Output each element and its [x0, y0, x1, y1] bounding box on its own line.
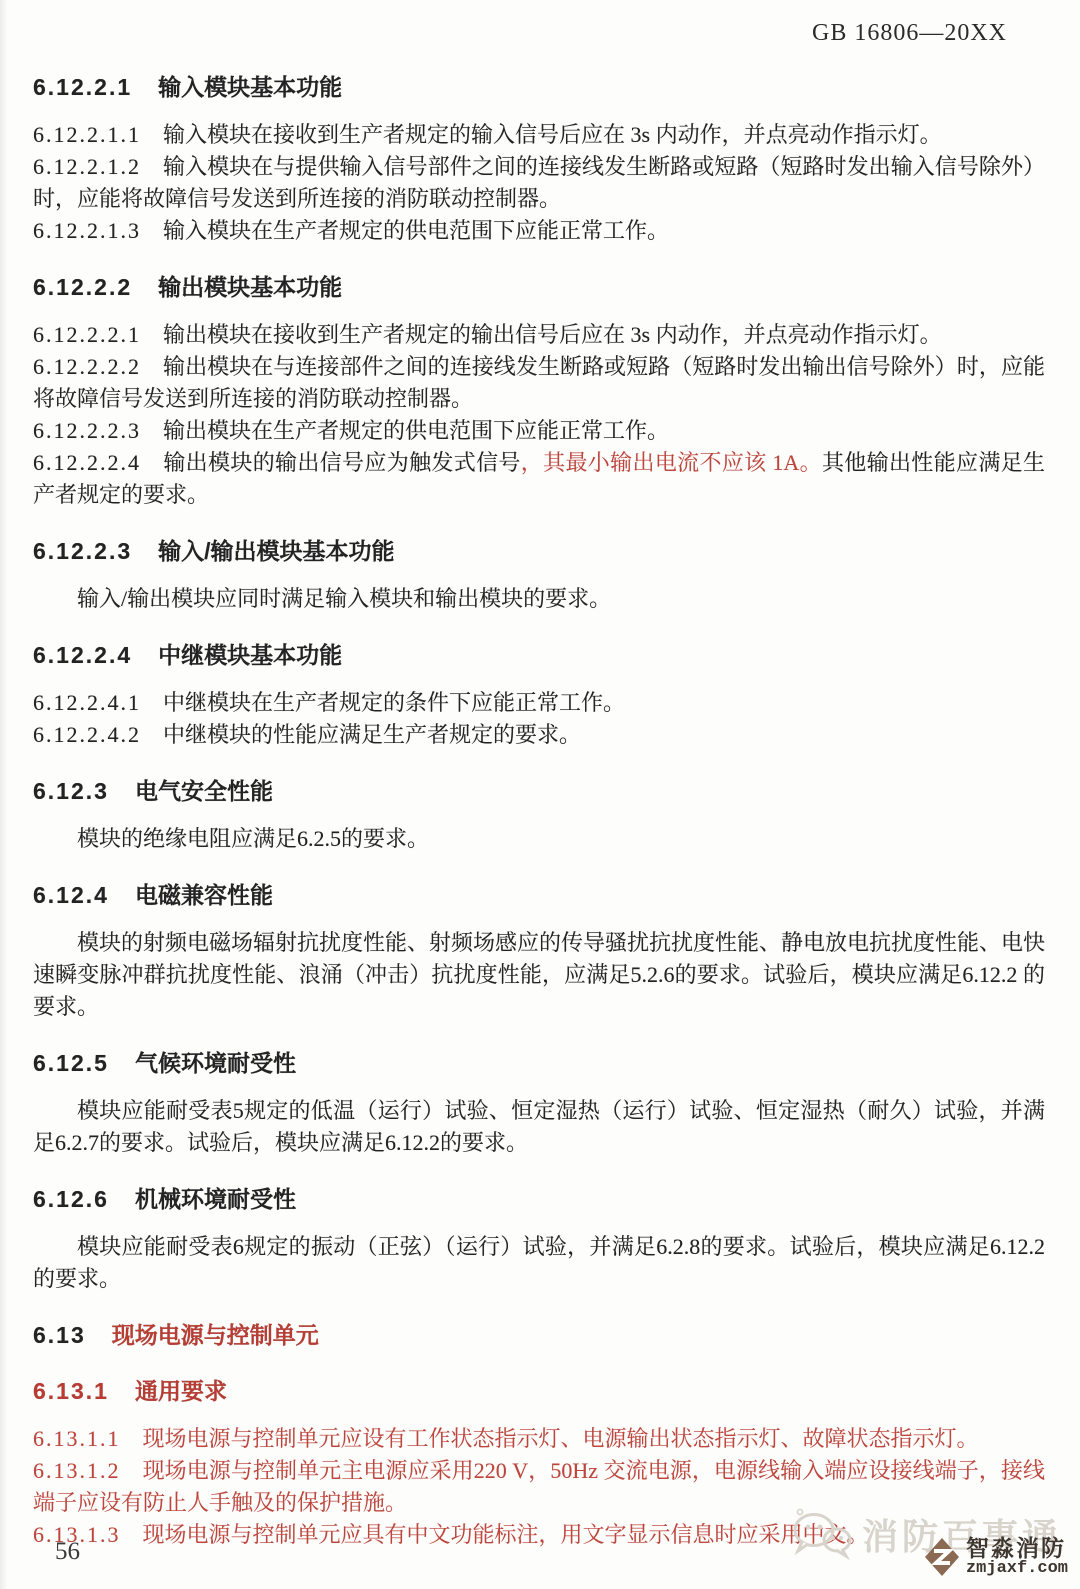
section-heading: 6.12.4电磁兼容性能 [33, 879, 1045, 911]
clause: 6.12.2.1.2输入模块在与提供输入信号部件之间的连接线发生断路或短路（短路… [33, 151, 1045, 215]
clause: 6.12.2.1.1输入模块在接收到生产者规定的输入信号后应在 3s 内动作，并… [33, 119, 1045, 151]
page-number: 56 [55, 1538, 80, 1566]
heading-title: 电气安全性能 [135, 778, 273, 804]
paragraph: 模块应能耐受表6规定的振动（正弦）（运行）试验，并满足6.2.8的要求。试验后，… [33, 1231, 1045, 1295]
document-page: GB 16806—20XX 6.12.2.1输入模块基本功能6.12.2.1.1… [0, 0, 1080, 1589]
paragraph: 模块应能耐受表5规定的低温（运行）试验、恒定湿热（运行）试验、恒定湿热（耐久）试… [33, 1095, 1045, 1159]
clause-text: 输入模块在生产者规定的供电范围下应能正常工作。 [163, 218, 669, 243]
clause: 6.12.2.2.2输出模块在与连接部件之间的连接线发生断路或短路（短路时发出输… [33, 351, 1045, 415]
watermark-site-url: zmjaxf.com [966, 1560, 1068, 1578]
heading-number: 6.12.2.4 [33, 642, 132, 668]
watermark-zhimiao-xiaofang: 智淼消防 zmjaxf.com [924, 1536, 1068, 1578]
clause-number: 6.13.1.2 [33, 1458, 121, 1483]
section-heading: 6.13现场电源与控制单元 [33, 1319, 1045, 1351]
document-body: 6.12.2.1输入模块基本功能6.12.2.1.1输入模块在接收到生产者规定的… [33, 71, 1045, 1551]
paragraph: 模块的绝缘电阻应满足6.2.5的要求。 [33, 823, 1045, 855]
zhimiao-diamond-logo-icon [924, 1537, 960, 1577]
heading-number: 6.12.6 [33, 1186, 109, 1212]
clause: 6.12.2.2.1输出模块在接收到生产者规定的输出信号后应在 3s 内动作，并… [33, 319, 1045, 351]
clause-text: 现场电源与控制单元主电源应采用220 V，50Hz 交流电源，电源线输入端应设接… [33, 1458, 1045, 1515]
clause-number: 6.12.2.4.2 [33, 722, 141, 747]
clause: 6.12.2.4.1中继模块在生产者规定的条件下应能正常工作。 [33, 687, 1045, 719]
page-header: GB 16806—20XX [33, 20, 1007, 47]
clause: 6.12.2.1.3输入模块在生产者规定的供电范围下应能正常工作。 [33, 215, 1045, 247]
heading-title: 气候环境耐受性 [135, 1050, 296, 1076]
heading-number: 6.12.3 [33, 778, 109, 804]
section-heading: 6.12.2.1输入模块基本功能 [33, 71, 1045, 103]
clause-text: 输出模块在接收到生产者规定的输出信号后应在 3s 内动作，并点亮动作指示灯。 [163, 322, 942, 347]
section-heading: 6.12.2.4中继模块基本功能 [33, 639, 1045, 671]
wechat-bubbles-icon [790, 1508, 854, 1560]
heading-title: 输入/输出模块基本功能 [158, 538, 394, 564]
section-heading: 6.13.1通用要求 [33, 1375, 1045, 1407]
clause-text: 中继模块的性能应满足生产者规定的要求。 [163, 722, 581, 747]
clause-text: 现场电源与控制单元应具有中文功能标注，用文字显示信息时应采用中文。 [143, 1522, 869, 1547]
heading-number: 6.12.4 [33, 882, 109, 908]
heading-title: 通用要求 [135, 1378, 227, 1404]
heading-number: 6.13 [33, 1322, 86, 1348]
clause: 6.12.2.4.2中继模块的性能应满足生产者规定的要求。 [33, 719, 1045, 751]
heading-title: 机械环境耐受性 [135, 1186, 296, 1212]
heading-title: 输入模块基本功能 [158, 74, 342, 100]
clause-text: ，其最小输出电流不应该 1A。 [521, 450, 822, 475]
section-heading: 6.12.5气候环境耐受性 [33, 1047, 1045, 1079]
heading-title: 现场电源与控制单元 [112, 1322, 319, 1348]
clause-text: 输出模块在与连接部件之间的连接线发生断路或短路（短路时发出输出信号除外）时，应能… [33, 354, 1045, 411]
clause-text: 输出模块的输出信号应为触发式信号 [163, 450, 521, 475]
section-heading: 6.12.6机械环境耐受性 [33, 1183, 1045, 1215]
clause-number: 6.12.2.1.3 [33, 218, 141, 243]
clause-number: 6.12.2.2.2 [33, 354, 141, 379]
heading-title: 输出模块基本功能 [158, 274, 342, 300]
watermark-brand2-text: 智淼消防 [966, 1536, 1068, 1560]
clause-number: 6.13.1.1 [33, 1426, 121, 1451]
clause-number: 6.12.2.1.1 [33, 122, 141, 147]
clause-number: 6.12.2.2.1 [33, 322, 141, 347]
clause-text: 输出模块在生产者规定的供电范围下应能正常工作。 [163, 418, 669, 443]
heading-number: 6.12.2.3 [33, 538, 132, 564]
paragraph: 模块的射频电磁场辐射抗扰度性能、射频场感应的传导骚扰抗扰度性能、静电放电抗扰度性… [33, 927, 1045, 1023]
clause: 6.12.2.2.4输出模块的输出信号应为触发式信号，其最小输出电流不应该 1A… [33, 447, 1045, 511]
clause-number: 6.12.2.4.1 [33, 690, 141, 715]
clause: 6.12.2.2.3输出模块在生产者规定的供电范围下应能正常工作。 [33, 415, 1045, 447]
heading-number: 6.13.1 [33, 1378, 109, 1404]
clause-number: 6.12.2.2.4 [33, 450, 141, 475]
section-heading: 6.12.2.2输出模块基本功能 [33, 271, 1045, 303]
clause: 6.13.1.1现场电源与控制单元应设有工作状态指示灯、电源输出状态指示灯、故障… [33, 1423, 1045, 1455]
section-heading: 6.12.2.3输入/输出模块基本功能 [33, 535, 1045, 567]
heading-number: 6.12.2.1 [33, 74, 132, 100]
heading-title: 电磁兼容性能 [135, 882, 273, 908]
clause-text: 中继模块在生产者规定的条件下应能正常工作。 [163, 690, 625, 715]
heading-title: 中继模块基本功能 [158, 642, 342, 668]
heading-number: 6.12.2.2 [33, 274, 132, 300]
clause-number: 6.12.2.1.2 [33, 154, 141, 179]
section-heading: 6.12.3电气安全性能 [33, 775, 1045, 807]
clause-text: 现场电源与控制单元应设有工作状态指示灯、电源输出状态指示灯、故障状态指示灯。 [143, 1426, 979, 1451]
paragraph: 输入/输出模块应同时满足输入模块和输出模块的要求。 [33, 583, 1045, 615]
clause-number: 6.12.2.2.3 [33, 418, 141, 443]
heading-number: 6.12.5 [33, 1050, 109, 1076]
clause-text: 输入模块在与提供输入信号部件之间的连接线发生断路或短路（短路时发出输入信号除外）… [33, 154, 1045, 211]
clause-text: 输入模块在接收到生产者规定的输入信号后应在 3s 内动作，并点亮动作指示灯。 [163, 122, 942, 147]
